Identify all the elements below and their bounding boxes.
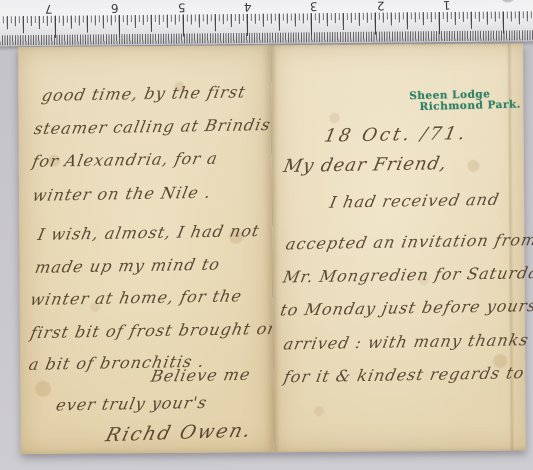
handwritten-line: ever truly your's [54,393,209,415]
letter-page-right: Sheen Lodge Richmond Park. 18 Oct. /71. … [269,43,525,452]
ruler-number: 7 [40,2,58,16]
handwritten-line: I wish, almost, I had not [36,221,261,244]
handwritten-line: for it & kindest regards to [282,363,526,386]
handwritten-line: to Monday just before yours [278,296,533,319]
handwritten-line: accepted an invitation from [284,230,533,253]
ruler: Ag. 11 7 6 5 4 3 2 1 [0,0,533,46]
handwritten-line: made up my mind to [33,255,222,277]
photograph-of-handwritten-letter: Ag. 11 7 6 5 4 3 2 1 good time, by the f… [0,0,533,470]
handwritten-line: arrived : with many thanks [281,330,530,353]
letter-page-left: good time, by the first steamer calling … [18,45,272,454]
ruler-number: 3 [305,0,323,13]
date-line: 18 Oct. /71. [322,123,469,147]
ruler-number: 4 [239,0,257,14]
ruler-number: 5 [172,0,190,14]
handwritten-line: steamer calling at Brindisi [32,115,278,138]
handwritten-line: for Alexandria, for a [31,149,220,171]
ruler-number: 2 [371,0,389,13]
handwritten-line: winter at home, for the [29,286,244,309]
ruler-hanging-hole [500,0,517,3]
ruler-number: 1 [438,0,456,12]
stamp-line-2: Richmond Park. [409,100,521,114]
signature: Richd Owen. [103,419,254,446]
salutation: My dear Friend, [281,153,448,177]
handwritten-line: Believe me [149,365,252,386]
handwritten-line: first bit of frost brought on [29,319,281,342]
handwritten-line: Mr. Mongredien for Saturday [281,263,533,287]
handwritten-line: winter on the Nile . [31,183,213,205]
handwritten-line: good time, by the first [40,82,247,105]
ruler-number: 6 [106,1,124,15]
address-stamp: Sheen Lodge Richmond Park. [409,89,521,114]
handwritten-line: I had received and [328,190,501,212]
letter-sheet: good time, by the first steamer calling … [18,43,526,454]
